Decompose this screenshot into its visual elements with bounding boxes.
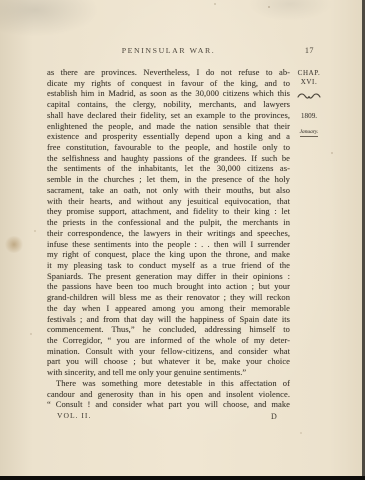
- text-line: it my pleasing task to conduct myself as…: [47, 260, 290, 271]
- text-line: the Corregidor, “ you are informed of th…: [47, 335, 290, 346]
- text-line: commencement. Thus,” he concluded, addre…: [47, 324, 290, 335]
- signature-mark: D: [271, 412, 277, 421]
- margin-month: January.: [300, 129, 319, 137]
- running-title: PENINSULAR WAR.: [47, 46, 290, 55]
- paper-specks: [0, 0, 2, 2]
- text-line: grand-children will bless me as their re…: [47, 292, 290, 303]
- text-line: part you will choose ; but whatever it b…: [47, 356, 290, 367]
- text-line: festivals ; and from that day will the h…: [47, 314, 290, 325]
- paper-stain: [4, 236, 24, 253]
- text-line: “ Consult ! and consider what part you w…: [47, 399, 290, 410]
- scanned-book-page: { "colors": { "paper": "#ece2cd", "ink":…: [0, 0, 365, 480]
- text-line: free constitution, favourable to the peo…: [47, 142, 290, 153]
- text-line: semble in the churches ; let them, in th…: [47, 174, 290, 185]
- text-line: capital contains, the clergy, nobility, …: [47, 99, 290, 110]
- text-line: infuse these sentiments into the people …: [47, 239, 290, 250]
- page-footer: VOL. II. D: [47, 411, 290, 423]
- text-line: establish him in Madrid, as soon as the …: [47, 88, 290, 99]
- text-line: the sentiments of the inhabitants, let t…: [47, 163, 290, 174]
- text-line: with sincerity, and tell me only your ge…: [47, 367, 290, 378]
- text-line: shall have declared their fidelity, set …: [47, 110, 290, 121]
- text-line: There was something more detestable in t…: [47, 378, 290, 389]
- chapter-number: XVI.: [291, 78, 327, 87]
- text-line: candour and generosity than in his open …: [47, 389, 290, 400]
- page-header: PENINSULAR WAR. 17: [47, 46, 316, 55]
- margin-year: 1809.: [291, 112, 327, 120]
- text-line: the day when I appeared among you among …: [47, 303, 290, 314]
- text-line: the selfishness and haughty passions of …: [47, 153, 290, 164]
- margin-notes: CHAP. XVI. 1809. January.: [291, 69, 327, 138]
- text-line: my right of conquest, place the king upo…: [47, 249, 290, 260]
- text-line: the priests in the confessional and the …: [47, 217, 290, 228]
- chapter-label: CHAP.: [291, 69, 327, 78]
- text-line: they promise support, attachment, and fi…: [47, 206, 290, 217]
- volume-label: VOL. II.: [57, 411, 91, 420]
- page-number: 17: [305, 46, 314, 55]
- text-line: as there are provinces. Nevertheless, I …: [47, 67, 290, 78]
- text-line: Spaniards. The present generation may di…: [47, 271, 290, 282]
- text-line: sacrament, take an oath, not only with t…: [47, 185, 290, 196]
- text-line: their correspondence, the lawyers in the…: [47, 228, 290, 239]
- text-line: with their hearts, and without any jesui…: [47, 196, 290, 207]
- scan-edge-bottom: [0, 476, 365, 480]
- text-line: mination. Consult with your fellow-citiz…: [47, 346, 290, 357]
- body-lines: as there are provinces. Nevertheless, I …: [47, 67, 290, 410]
- text-line: enlightened the people, and made the nat…: [47, 121, 290, 132]
- text-line: dicate my rights of conquest in favour o…: [47, 78, 290, 89]
- chapter-flourish-icon: [291, 87, 327, 105]
- text-line: the passions have been too much brought …: [47, 281, 290, 292]
- text-line: existence and prosperity essentially dep…: [47, 131, 290, 142]
